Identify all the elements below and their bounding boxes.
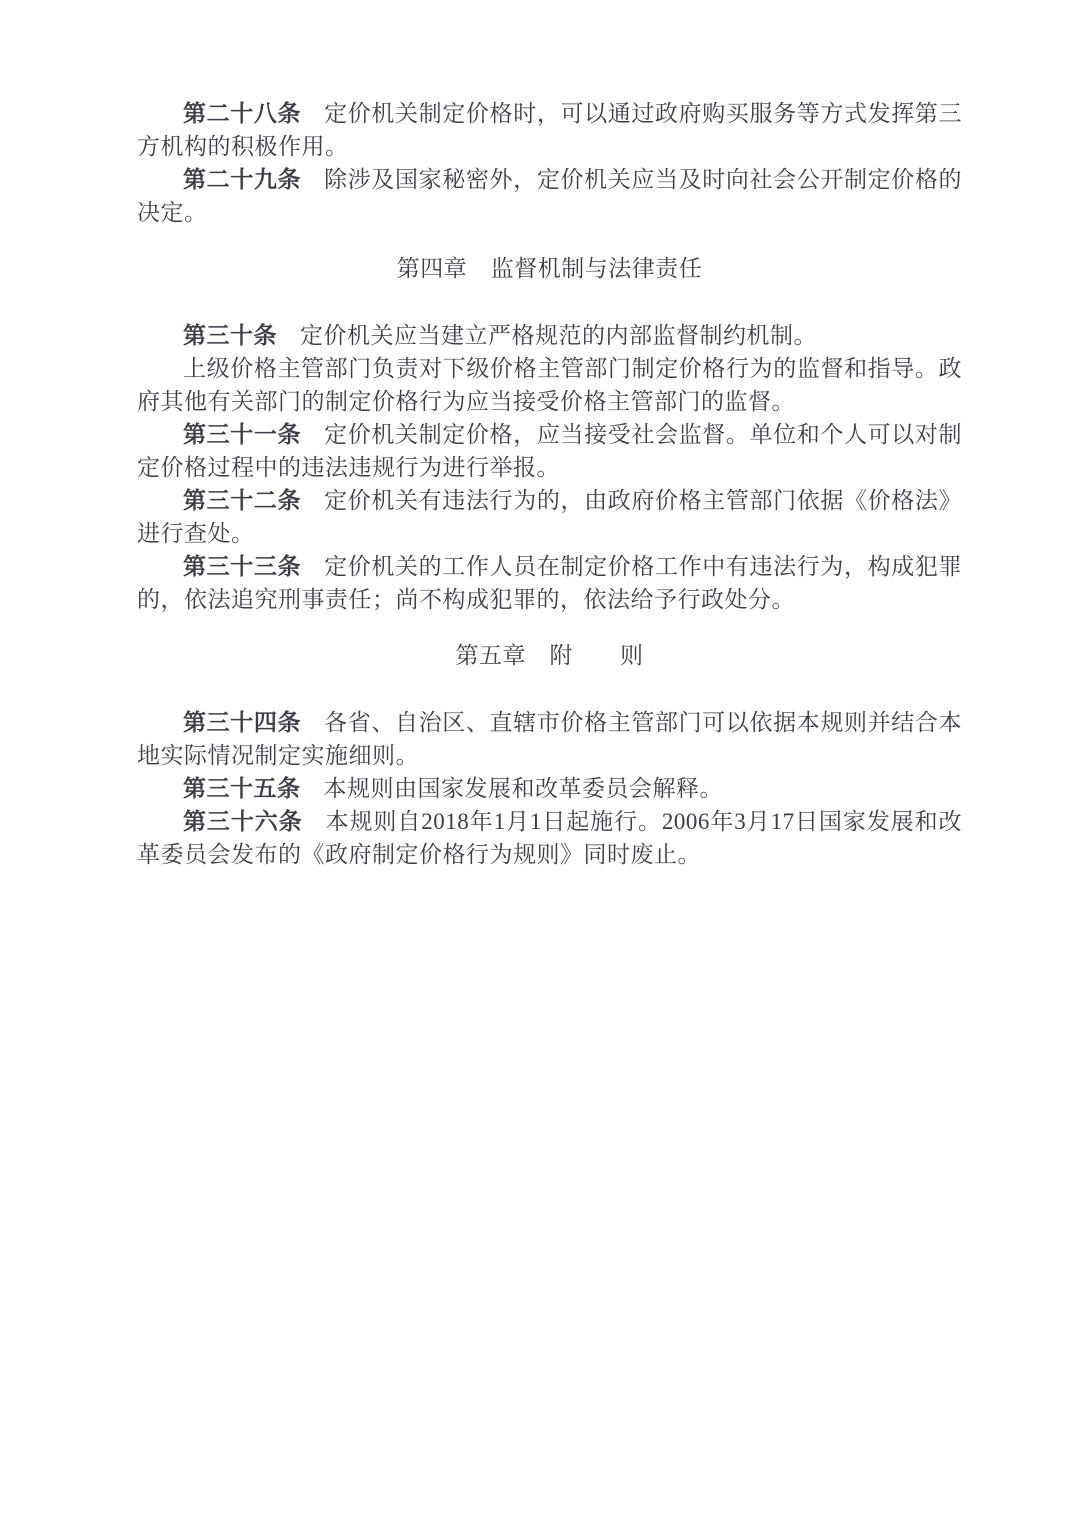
chapter-heading: 第四章 监督机制与法律责任 bbox=[137, 252, 962, 285]
article-paragraph: 第二十九条除涉及国家秘密外，定价机关应当及时向社会公开制定价格的决定。 bbox=[137, 163, 962, 229]
body-paragraph: 上级价格主管部门负责对下级价格主管部门制定价格行为的监督和指导。政府其他有关部门… bbox=[137, 352, 962, 418]
article-number: 第三十六条 bbox=[183, 809, 303, 834]
article-number: 第三十一条 bbox=[183, 422, 301, 447]
paragraph-text: 上级价格主管部门负责对下级价格主管部门制定价格行为的监督和指导。政府其他有关部门… bbox=[137, 356, 962, 414]
article-paragraph: 第三十五条本规则由国家发展和改革委员会解释。 bbox=[137, 772, 962, 805]
document-content: 第二十八条定价机关制定价格时，可以通过政府购买服务等方式发挥第三方机构的积极作用… bbox=[137, 97, 962, 871]
article-number: 第三十二条 bbox=[183, 488, 301, 513]
article-text: 定价机关应当建立严格规范的内部监督制约机制。 bbox=[300, 323, 817, 348]
article-text: 本规则由国家发展和改革委员会解释。 bbox=[324, 776, 724, 801]
article-number: 第三十五条 bbox=[183, 776, 301, 801]
article-number: 第二十八条 bbox=[183, 101, 301, 126]
article-number: 第三十条 bbox=[183, 323, 277, 348]
article-paragraph: 第三十二条定价机关有违法行为的，由政府价格主管部门依据《价格法》进行查处。 bbox=[137, 484, 962, 550]
article-paragraph: 第二十八条定价机关制定价格时，可以通过政府购买服务等方式发挥第三方机构的积极作用… bbox=[137, 97, 962, 163]
article-paragraph: 第三十三条定价机关的工作人员在制定价格工作中有违法行为，构成犯罪的，依法追究刑事… bbox=[137, 550, 962, 616]
article-number: 第三十三条 bbox=[183, 554, 301, 579]
article-number: 第三十四条 bbox=[183, 710, 301, 735]
article-paragraph: 第三十四条各省、自治区、直辖市价格主管部门可以依据本规则并结合本地实际情况制定实… bbox=[137, 706, 962, 772]
article-paragraph: 第三十六条本规则自2018年1月1日起施行。2006年3月17日国家发展和改革委… bbox=[137, 805, 962, 871]
article-paragraph: 第三十一条定价机关制定价格，应当接受社会监督。单位和个人可以对制定价格过程中的违… bbox=[137, 418, 962, 484]
article-paragraph: 第三十条定价机关应当建立严格规范的内部监督制约机制。 bbox=[137, 319, 962, 352]
document-page: 第二十八条定价机关制定价格时，可以通过政府购买服务等方式发挥第三方机构的积极作用… bbox=[0, 0, 1074, 1520]
chapter-heading: 第五章 附 则 bbox=[137, 639, 962, 672]
article-number: 第二十九条 bbox=[183, 167, 301, 192]
